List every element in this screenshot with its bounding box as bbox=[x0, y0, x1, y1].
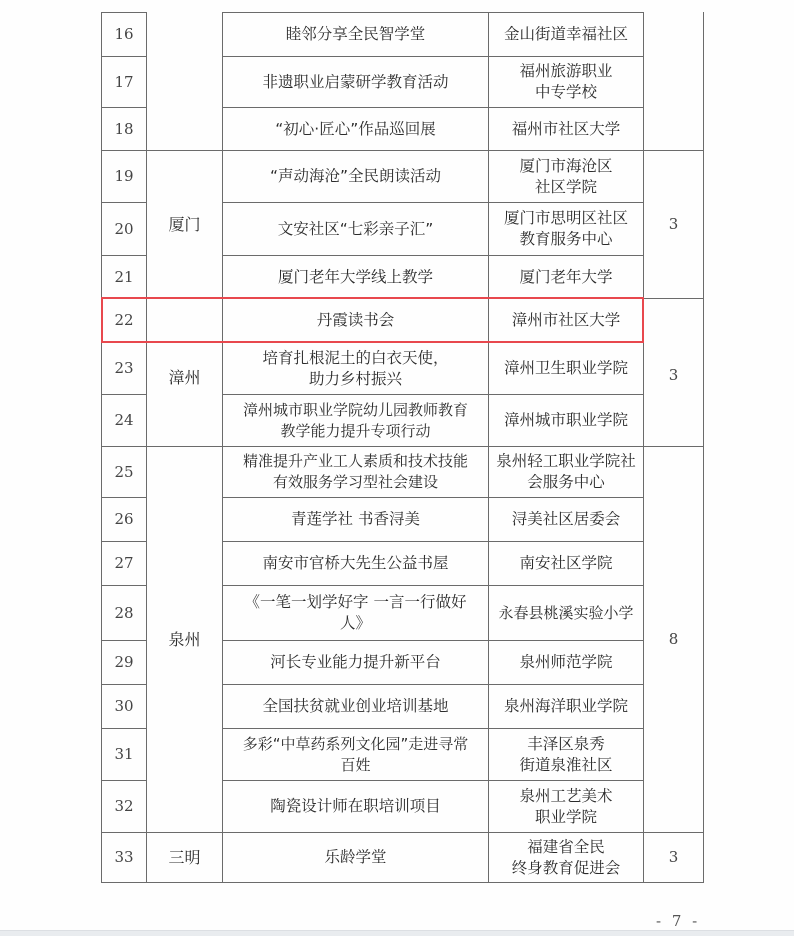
row-number: 24 bbox=[101, 394, 147, 447]
region-cell-quanzhou: 泉州 bbox=[146, 446, 223, 833]
count-cell-continued bbox=[643, 12, 704, 151]
viewer-bottom-bar bbox=[0, 930, 794, 936]
region-cell-continued bbox=[146, 12, 223, 151]
organization-name: 福州市社区大学 bbox=[488, 107, 644, 151]
organization-name: 浔美社区居委会 bbox=[488, 497, 644, 542]
row-number: 28 bbox=[101, 585, 147, 641]
row-number: 17 bbox=[101, 56, 147, 108]
row-number: 32 bbox=[101, 780, 147, 833]
organization-name: 厦门市海沧区 社区学院 bbox=[488, 150, 644, 203]
project-name: 非遗职业启蒙研学教育活动 bbox=[222, 56, 489, 108]
project-name: 全国扶贫就业创业培训基地 bbox=[222, 684, 489, 729]
project-name: 《一笔一划学好字 一言一行做好 人》 bbox=[222, 585, 489, 641]
row-number: 25 bbox=[101, 446, 147, 498]
count-cell-quanzhou: 8 bbox=[643, 446, 704, 833]
organization-name: 漳州城市职业学院 bbox=[488, 394, 644, 447]
project-name: 培育扎根泥土的白衣天使， 助力乡村振兴 bbox=[222, 342, 489, 395]
row-number: 27 bbox=[101, 541, 147, 586]
row-number: 33 bbox=[101, 832, 147, 883]
project-name: “声动海沧”全民朗读活动 bbox=[222, 150, 489, 203]
organization-name: 南安社区学院 bbox=[488, 541, 644, 586]
organization-name: 福州旅游职业 中专学校 bbox=[488, 56, 644, 108]
organization-name: 厦门市思明区社区 教育服务中心 bbox=[488, 202, 644, 256]
row-number: 26 bbox=[101, 497, 147, 542]
project-name: 漳州城市职业学院幼儿园教师教育 教学能力提升专项行动 bbox=[222, 394, 489, 447]
row-number: 20 bbox=[101, 202, 147, 256]
row-number: 23 bbox=[101, 342, 147, 395]
row-number: 29 bbox=[101, 640, 147, 685]
organization-name: 泉州轻工职业学院社 会服务中心 bbox=[488, 446, 644, 498]
organization-name: 泉州师范学院 bbox=[488, 640, 644, 685]
row-number: 21 bbox=[101, 255, 147, 299]
row-number: 19 bbox=[101, 150, 147, 203]
row-number: 18 bbox=[101, 107, 147, 151]
region-cell-zhangzhou: 漳州 bbox=[146, 298, 223, 447]
project-name: 厦门老年大学线上教学 bbox=[222, 255, 489, 299]
project-name: 河长专业能力提升新平台 bbox=[222, 640, 489, 685]
organization-name: 泉州工艺美术 职业学院 bbox=[488, 780, 644, 833]
project-name: 文安社区“七彩亲子汇” bbox=[222, 202, 489, 256]
organization-name: 丰泽区泉秀 街道泉淮社区 bbox=[488, 728, 644, 781]
document-page: 16 17 18 19 20 21 22 23 24 25 26 27 28 2… bbox=[0, 0, 794, 930]
project-name: 陶瓷设计师在职培训项目 bbox=[222, 780, 489, 833]
row-number: 22 bbox=[101, 298, 147, 343]
row-number: 30 bbox=[101, 684, 147, 729]
row-number: 31 bbox=[101, 728, 147, 781]
page-number: - 7 - bbox=[656, 912, 700, 930]
project-name: 乐龄学堂 bbox=[222, 832, 489, 883]
organization-name: 厦门老年大学 bbox=[488, 255, 644, 299]
project-name: 睦邻分享全民智学堂 bbox=[222, 12, 489, 57]
organization-name: 漳州市社区大学 bbox=[488, 298, 644, 343]
region-cell-sanming: 三明 bbox=[146, 832, 223, 883]
project-name: 精准提升产业工人素质和技术技能 有效服务学习型社会建设 bbox=[222, 446, 489, 498]
organization-name: 泉州海洋职业学院 bbox=[488, 684, 644, 729]
project-name: 青莲学社 书香浔美 bbox=[222, 497, 489, 542]
row-number: 16 bbox=[101, 12, 147, 57]
count-cell-zhangzhou: 3 bbox=[643, 298, 704, 447]
organization-name: 福建省全民 终身教育促进会 bbox=[488, 832, 644, 883]
organization-name: 漳州卫生职业学院 bbox=[488, 342, 644, 395]
organization-name: 永春县桃溪实验小学 bbox=[488, 585, 644, 641]
project-name: 南安市官桥大先生公益书屋 bbox=[222, 541, 489, 586]
region-cell-xiamen: 厦门 bbox=[146, 150, 223, 299]
count-cell-xiamen: 3 bbox=[643, 150, 704, 299]
project-name: 丹霞读书会 bbox=[222, 298, 489, 343]
organization-name: 金山街道幸福社区 bbox=[488, 12, 644, 57]
project-name: “初心·匠心”作品巡回展 bbox=[222, 107, 489, 151]
project-name: 多彩“中草药系列文化园”走进寻常 百姓 bbox=[222, 728, 489, 781]
count-cell-sanming: 3 bbox=[643, 832, 704, 883]
